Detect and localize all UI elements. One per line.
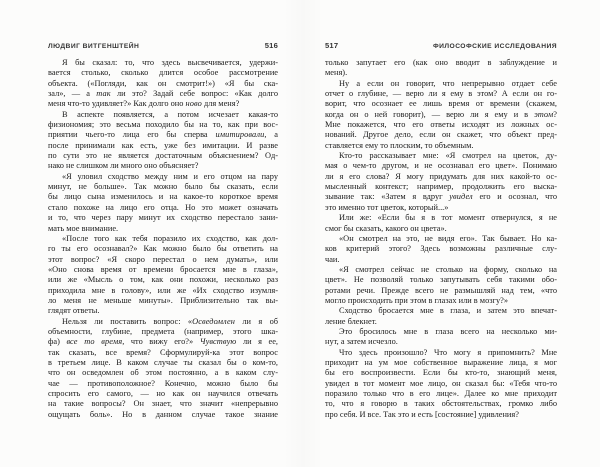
scanned-book-spread: { "colors": { "paper": "#fcfcfb", "ink":… [0, 0, 600, 467]
text-line: Сходство бросается мне в глаза, и затем … [325, 306, 557, 316]
text-line: ло меня не меньше минуты». Приблизительн… [48, 296, 278, 306]
text-line: только запутает его (как оно вводит в за… [325, 58, 557, 68]
text-line: бы его воспроизвести. Если бы кто-то, зн… [325, 368, 557, 378]
left-page-text: Я бы сказал: то, что здесь высвечивается… [48, 58, 278, 420]
text-line: объекта. («Погляди, как он смотрит!») «Я… [48, 79, 278, 89]
text-line: вается столько, сколько длится особое ра… [48, 68, 278, 78]
text-line: Что здесь произошло? Что могу я припомни… [325, 348, 557, 358]
text-line: по сути это не является достаточным объя… [48, 151, 278, 161]
running-head-title: ФИЛОСОФСКИЕ ИССЛЕДОВАНИЯ [433, 43, 557, 50]
text-line: мысленный контекст; например, продолжить… [325, 182, 557, 192]
text-line: «Оно снова время от времени бросается мн… [48, 265, 278, 275]
text-line: глядят ответы. [48, 306, 278, 316]
text-line: приходила мне в голову», или же «Их сход… [48, 286, 278, 296]
text-line: ли я его слова? Я могу придумать для них… [325, 172, 557, 182]
text-line: Или же: «Если бы я в тот момент отвернул… [325, 213, 557, 223]
text-line: чае — противоположное? Конечно, можно бы… [48, 379, 278, 389]
running-head-author: ЛЮДВИГ ВИТГЕНШТЕЙН [48, 43, 139, 50]
text-line: «Я смотрел сейчас не столько на форму, с… [325, 265, 557, 275]
text-line: ощущать боль». Но в данном случае такое … [48, 410, 278, 420]
text-line: отчет о глубине, — верю ли я ему в этом?… [325, 89, 557, 99]
text-line: в третьем лице. В каком случае ты сказал… [48, 358, 278, 368]
text-line: цвет». Не позволяй только запутывать себ… [325, 275, 557, 285]
left-page: ЛЮДВИГ ВИТГЕНШТЕЙН 516 Я бы сказал: то, … [48, 40, 278, 420]
text-line: физиономия; это весьма походило бы на то… [48, 120, 278, 130]
text-line: стало похоже на лицо его отца. Но это мо… [48, 203, 278, 213]
text-line: то, что я говорю в таких обстоятельствах… [325, 399, 557, 409]
text-line: ротами речи. Прежде всего не размышляй н… [325, 286, 557, 296]
text-line: минут, не больше». Так можно было бы ска… [48, 182, 278, 192]
text-line: ков критерий этого? Здесь возможны разли… [325, 244, 557, 254]
text-line: что он осведомлен об этом постоянно, а в… [48, 368, 278, 378]
right-page: 517 ФИЛОСОФСКИЕ ИССЛЕДОВАНИЯ только запу… [325, 40, 557, 420]
text-line: про себя. И все. Так это и есть [состоян… [325, 410, 557, 420]
book-spread: ЛЮДВИГ ВИТГЕНШТЕЙН 516 Я бы сказал: то, … [0, 0, 600, 467]
text-line: Кто-то рассказывает мне: «Я смотрел на ц… [325, 151, 557, 161]
text-line: увидел в тот момент мое лицо, он сказал … [325, 379, 557, 389]
text-line: на такие вопросы? Он знает, что значит «… [48, 399, 278, 409]
text-line: «Я уловил сходство между ним и его отцом… [48, 172, 278, 182]
text-line: ворит, что осознает ее лишь время от вре… [325, 99, 557, 109]
text-line: чаи. [325, 255, 557, 265]
left-page-number: 516 [265, 41, 278, 50]
text-line: этот вопрос? «Я скоро перестал о нем дум… [48, 255, 278, 265]
text-line: «После того как тебя поразило их сходств… [48, 234, 278, 244]
text-line: Мне покажется, что его ответы исходят из… [325, 120, 557, 130]
text-line: «Он смотрел на это, не видя его». Так бы… [325, 234, 557, 244]
text-line: так сказать, все время? Сформулируй-ка э… [48, 348, 278, 358]
text-line: спросить его самого, — но как он научилс… [48, 389, 278, 399]
text-line: меня что-то удивляет?» Как долго оно нов… [48, 99, 278, 109]
text-line: нако не слишком ли много оно объясняет? [48, 161, 278, 171]
page-gutter [283, 0, 323, 467]
text-line: Это бросилось мне в глаза всего на неско… [325, 327, 557, 337]
text-line: ление блекнет. [325, 317, 557, 327]
text-line: мая о чем-то другом, и не осознавал его … [325, 161, 557, 171]
text-line: Ну а если он говорит, что непрерывно отд… [325, 79, 557, 89]
text-line: и то, что через пару минут их сходство п… [48, 213, 278, 223]
right-page-text: только запутает его (как оно вводит в за… [325, 58, 557, 420]
text-line: когда он о ней говорит), — верю ли я ему… [325, 110, 557, 120]
text-line: приятии чьего-то лица его бы сперва имит… [48, 130, 278, 140]
text-line: Я бы сказал: то, что здесь высвечивается… [48, 58, 278, 68]
text-line: зал», — а так ли это? Задай себе вопрос:… [48, 89, 278, 99]
text-line: смог бы сказать, какого он цвета». [325, 224, 557, 234]
text-line: поразило только что в его лице». Далее к… [325, 389, 557, 399]
text-line: могло происходить при этом в глазах или … [325, 296, 557, 306]
text-line: нований. Другое дело, если он скажет, чт… [325, 130, 557, 140]
left-page-header: ЛЮДВИГ ВИТГЕНШТЕЙН 516 [48, 40, 278, 50]
text-line: это именно тот цветок, который...» [325, 203, 557, 213]
text-line: мать мое внимание. [48, 224, 278, 234]
text-line: меня). [325, 68, 557, 78]
text-line: В аспекте появляется, а потом исчезает к… [48, 110, 278, 120]
text-line: приходит на ум мое собственное выражение… [325, 358, 557, 368]
text-line: нут, а затем исчезло. [325, 337, 557, 347]
text-line: фа) все то время, что вижу его?» Чувству… [48, 337, 278, 347]
text-line: после принимали как есть, уже без имитац… [48, 141, 278, 151]
text-line: ставляется ему то плоским, то объемным. [325, 141, 557, 151]
text-line: зывание так: «Затем я вдруг увидел его и… [325, 192, 557, 202]
right-page-header: 517 ФИЛОСОФСКИЕ ИССЛЕДОВАНИЯ [325, 40, 557, 50]
right-page-number: 517 [325, 41, 338, 50]
text-line: или же «Мысль о том, как они похожи, нес… [48, 275, 278, 285]
text-line: бы лицо сына изменилось и на какое-то ко… [48, 192, 278, 202]
text-line: го ты его осознавал?» Как можно было бы … [48, 244, 278, 254]
text-line: объемности, глубине, предмета (например,… [48, 327, 278, 337]
text-line: Нельзя ли поставить вопрос: «Осведомлен … [48, 317, 278, 327]
